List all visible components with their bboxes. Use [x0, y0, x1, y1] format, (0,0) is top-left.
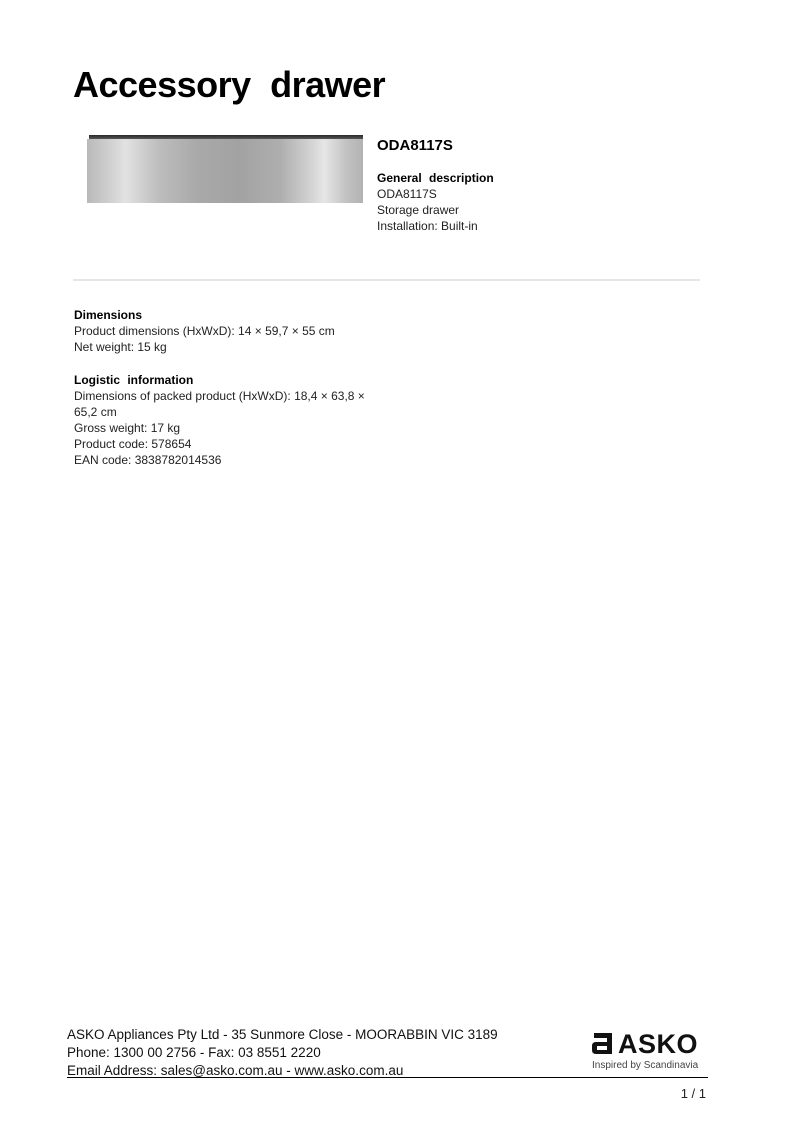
product-model: ODA8117S — [377, 137, 453, 154]
footer-phone: Phone: 1300 00 2756 - Fax: 03 8551 2220 — [67, 1044, 498, 1062]
asko-tagline: Inspired by Scandinavia — [592, 1060, 698, 1071]
logistic-line: Dimensions of packed product (HxWxD): 18… — [74, 388, 374, 404]
footer-contact: ASKO Appliances Pty Ltd - 35 Sunmore Clo… — [67, 1026, 498, 1080]
dimensions-line: Net weight: 15 kg — [74, 339, 374, 355]
general-description-line: ODA8117S — [377, 186, 494, 202]
general-description-line: Installation: Built-in — [377, 218, 494, 234]
section-divider — [73, 279, 700, 281]
logistic-line: 65,2 cm — [74, 404, 374, 420]
logistic-heading: Logistic information — [74, 372, 374, 388]
general-description-heading: General description — [377, 170, 494, 186]
general-description-line: Storage drawer — [377, 202, 494, 218]
logistic-section: Logistic information Dimensions of packe… — [74, 372, 374, 468]
logistic-line: Product code: 578654 — [74, 436, 374, 452]
asko-a-mark-icon — [592, 1033, 614, 1054]
footer-address: ASKO Appliances Pty Ltd - 35 Sunmore Clo… — [67, 1026, 498, 1044]
product-image — [87, 135, 363, 203]
dimensions-heading: Dimensions — [74, 307, 374, 323]
dimensions-line: Product dimensions (HxWxD): 14 × 59,7 × … — [74, 323, 374, 339]
page-number: 1 / 1 — [681, 1086, 706, 1101]
footer-rule — [67, 1077, 708, 1078]
drawer-front-panel — [87, 139, 363, 203]
page-title: Accessory drawer — [73, 64, 385, 106]
logistic-line: Gross weight: 17 kg — [74, 420, 374, 436]
asko-logo: ASKO Inspired by Scandinavia — [592, 1031, 710, 1075]
logistic-line: EAN code: 3838782014536 — [74, 452, 374, 468]
dimensions-section: Dimensions Product dimensions (HxWxD): 1… — [74, 307, 374, 355]
general-description-section: General description ODA8117S Storage dra… — [377, 170, 494, 234]
asko-wordmark: ASKO — [618, 1029, 698, 1060]
